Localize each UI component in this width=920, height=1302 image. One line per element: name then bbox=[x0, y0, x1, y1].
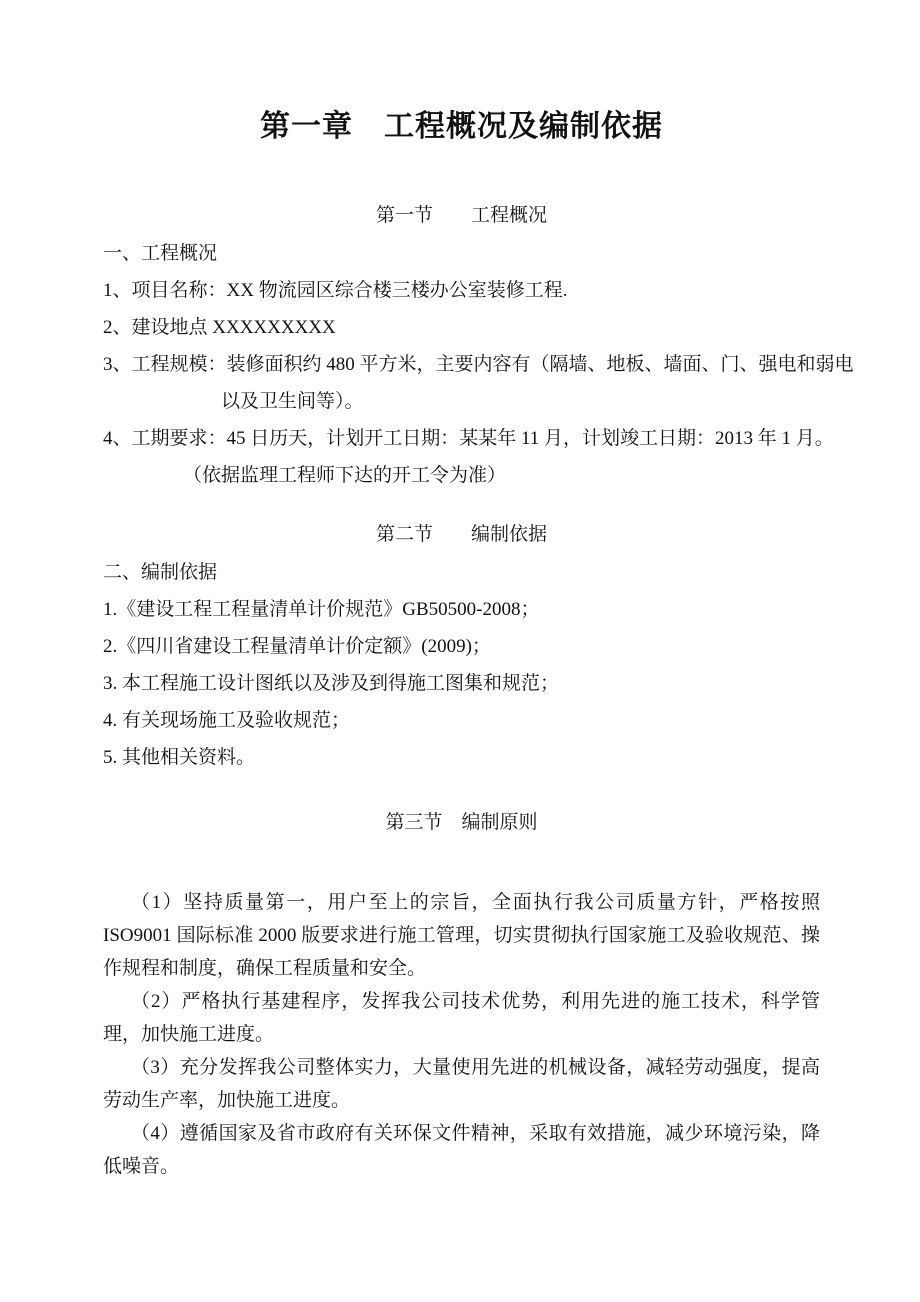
section-1-subheading: 一、工程概况 bbox=[103, 235, 820, 272]
project-schedule-note: （依据监理工程师下达的开工令为准） bbox=[103, 457, 820, 494]
document-page: 第一章 工程概况及编制依据 第一节 工程概况 一、工程概况 1、项目名称：XX … bbox=[0, 0, 920, 1302]
principle-paragraph-3: （3）充分发挥我公司整体实力，大量使用先进的机械设备，减轻劳动强度，提高劳动生产… bbox=[103, 1051, 820, 1117]
basis-item-1: 1.《建设工程工程量清单计价规范》GB50500-2008； bbox=[103, 591, 820, 628]
principle-paragraph-4: （4）遵循国家及省市政府有关环保文件精神，采取有效措施，减少环境污染，降低噪音。 bbox=[103, 1117, 820, 1183]
section-1-heading: 第一节 工程概况 bbox=[103, 205, 820, 227]
principle-paragraph-1: （1）坚持质量第一，用户至上的宗旨，全面执行我公司质量方针，严格按照 ISO90… bbox=[103, 886, 820, 985]
chapter-title: 第一章 工程概况及编制依据 bbox=[103, 106, 820, 148]
project-schedule-line: 4、工期要求：45 日历天，计划开工日期：某某年 11 月，计划竣工日期：201… bbox=[103, 420, 820, 457]
basis-item-5: 5. 其他相关资料。 bbox=[103, 739, 820, 776]
section-1-body: 一、工程概况 1、项目名称：XX 物流园区综合楼三楼办公室装修工程. 2、建设地… bbox=[103, 235, 820, 494]
section-3-heading: 第三节 编制原则 bbox=[103, 812, 820, 834]
project-name-line: 1、项目名称：XX 物流园区综合楼三楼办公室装修工程. bbox=[103, 272, 820, 309]
project-scale-line-continued: 以及卫生间等）。 bbox=[103, 383, 820, 420]
basis-item-3: 3. 本工程施工设计图纸以及涉及到得施工图集和规范； bbox=[103, 665, 820, 702]
basis-item-2: 2.《四川省建设工程量清单计价定额》(2009)； bbox=[103, 628, 820, 665]
section-2-subheading: 二、编制依据 bbox=[103, 554, 820, 591]
basis-item-4: 4. 有关现场施工及验收规范； bbox=[103, 702, 820, 739]
principle-paragraph-2: （2）严格执行基建程序，发挥我公司技术优势，利用先进的施工技术，科学管理，加快施… bbox=[103, 985, 820, 1051]
section-2-body: 二、编制依据 1.《建设工程工程量清单计价规范》GB50500-2008； 2.… bbox=[103, 554, 820, 776]
project-location-line: 2、建设地点 XXXXXXXXX bbox=[103, 309, 820, 346]
section-2-heading: 第二节 编制依据 bbox=[103, 524, 820, 546]
section-3-body: （1）坚持质量第一，用户至上的宗旨，全面执行我公司质量方针，严格按照 ISO90… bbox=[103, 886, 820, 1183]
project-scale-line: 3、工程规模：装修面积约 480 平方米，主要内容有（隔墙、地板、墙面、门、强电… bbox=[103, 346, 820, 383]
